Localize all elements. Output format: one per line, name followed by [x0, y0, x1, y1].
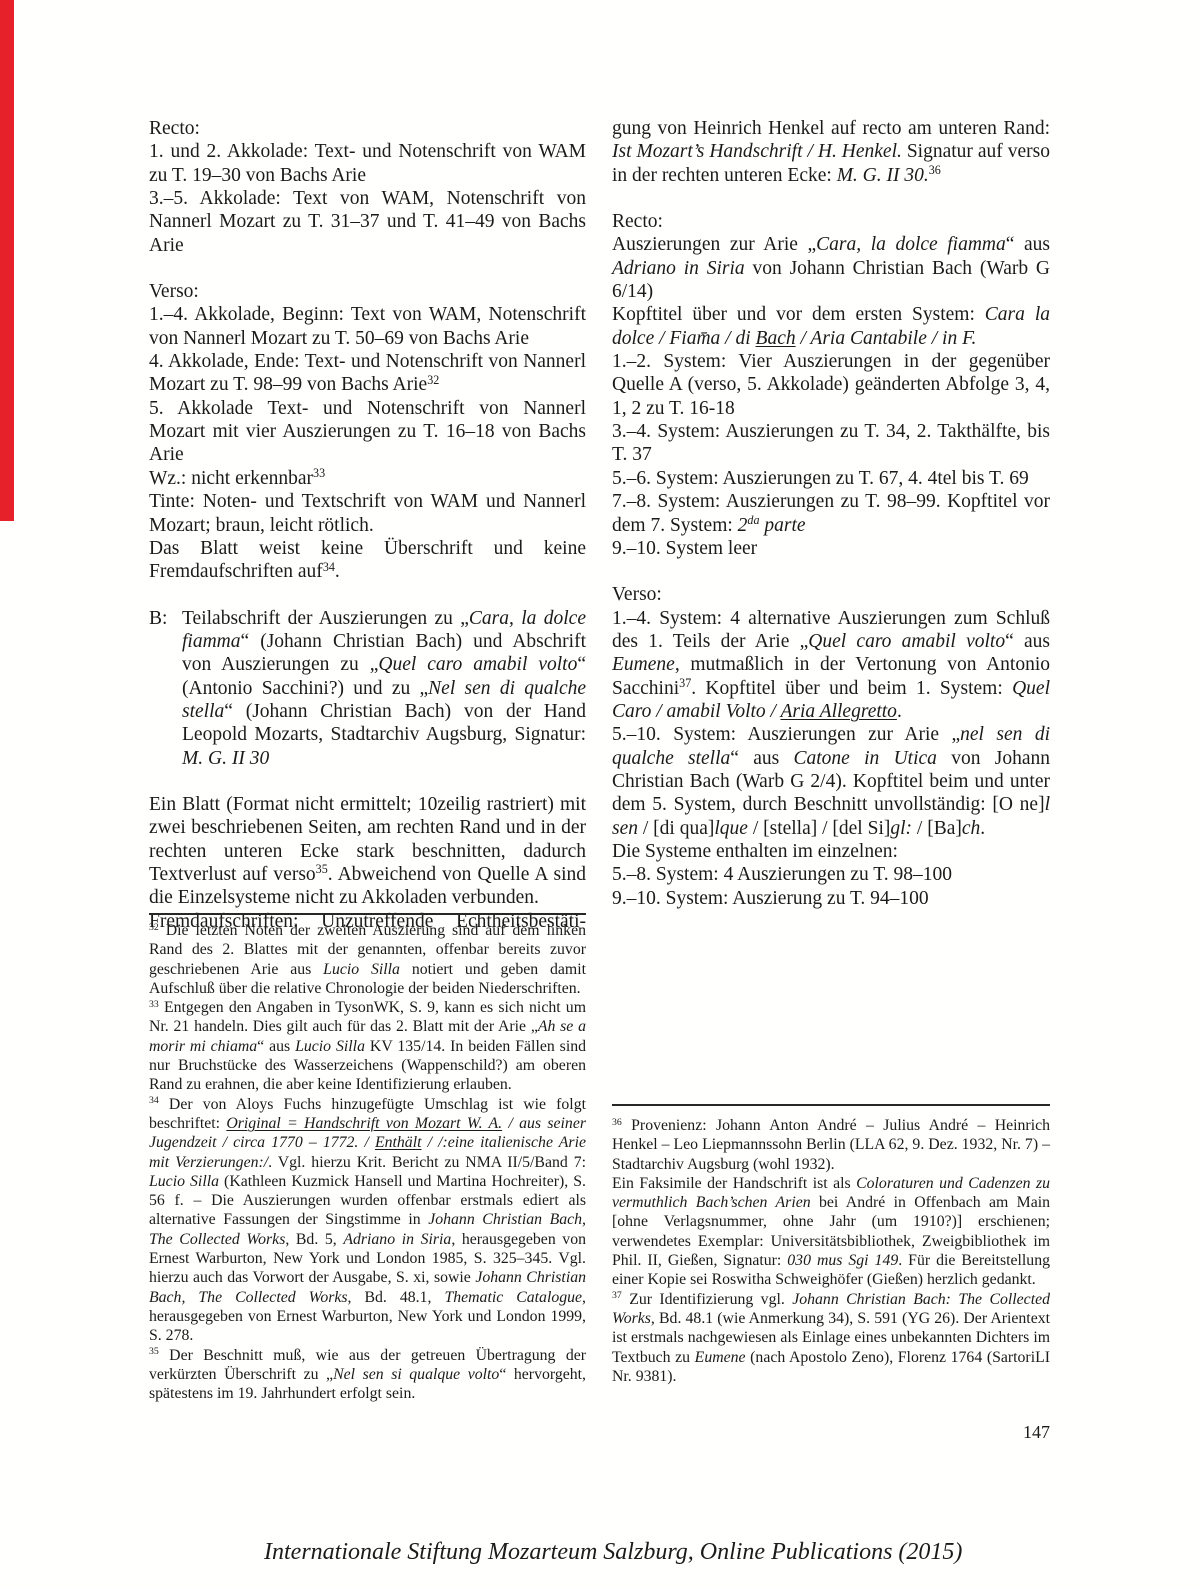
- text-run: “ aus: [730, 748, 793, 769]
- text-run: .: [335, 561, 340, 582]
- text-run: Teilabschrift der Auszierungen zu „: [182, 608, 469, 629]
- body-paragraph: 5.–6. System: Auszierungen zu T. 67, 4. …: [612, 467, 1050, 490]
- text-run: Cara, la dolce fiamma: [816, 234, 1006, 255]
- text-run: / [di qua]: [638, 818, 714, 839]
- text-run: Die Systeme enthalten im einzelnen:: [612, 841, 898, 862]
- text-run: Quel caro amabil volto: [378, 654, 577, 675]
- text-run: 5.–10. System: Auszierungen zur Arie „: [612, 724, 960, 745]
- body-paragraph: 3.–5. Akkolade: Text von WAM, Notenschri…: [149, 187, 586, 257]
- text-run: Auszierungen zur Arie „: [612, 234, 816, 255]
- text-run: gung von Heinrich Henkel auf recto am un…: [612, 118, 1050, 139]
- text-run: Verso:: [612, 584, 662, 605]
- body-paragraph: Das Blatt weist keine Überschrift und ke…: [149, 537, 586, 584]
- text-run: / [stella] / [del Si]: [748, 818, 890, 839]
- footnote-ref: 37: [679, 676, 691, 690]
- body-paragraph: 1.–4. Akkolade, Beginn: Text von WAM, No…: [149, 303, 586, 350]
- body-paragraph: Recto:: [612, 210, 1050, 233]
- text-run: 030 mus Sgi 149: [787, 1252, 898, 1269]
- body-paragraph: Kopftitel über und vor dem ersten System…: [612, 303, 1050, 350]
- text-run: lque: [714, 818, 748, 839]
- footnote-ref: 32: [427, 373, 439, 387]
- text-run: 1. und 2. Akkolade: Text- und Notenschri…: [149, 141, 586, 185]
- text-run: / [Ba]: [912, 818, 962, 839]
- text-run: . Vgl. hierzu Krit. Bericht zu NMA II/5/…: [268, 1154, 586, 1171]
- footnote: 35 Der Beschnitt muß, wie aus der getreu…: [149, 1346, 586, 1404]
- body-paragraph: Recto:: [149, 117, 586, 140]
- text-run: Quel caro amabil volto: [808, 631, 1005, 652]
- text-run: / Aria Cantabile / in F.: [796, 328, 977, 349]
- text-run: 5.–8. System: 4 Auszierungen zu T. 98–10…: [612, 864, 952, 885]
- text-run: Ein Faksimile der Handschrift ist als: [612, 1175, 856, 1192]
- body-paragraph: gung von Heinrich Henkel auf recto am un…: [612, 117, 1050, 187]
- page-number: 147: [950, 1422, 1050, 1443]
- text-run: .: [897, 701, 902, 722]
- text-run: ch: [962, 818, 980, 839]
- body-paragraph: 1.–4. System: 4 alternative Auszierungen…: [612, 607, 1050, 724]
- page: Recto:1. und 2. Akkolade: Text- und Note…: [0, 0, 1200, 1589]
- text-run: Tinte: Noten- und Textschrift von WAM un…: [149, 491, 586, 535]
- text-run: “ aus: [1006, 234, 1050, 255]
- footnote-ref: 36: [612, 1117, 622, 1128]
- footnote-ref: 33: [149, 999, 159, 1010]
- text-run: Catone in Utica: [794, 748, 937, 769]
- footnote: 37 Zur Identifizierung vgl. Johann Chris…: [612, 1290, 1050, 1386]
- text-run: gl:: [890, 818, 912, 839]
- text-run: Recto:: [612, 211, 663, 232]
- footnote-ref: 33: [313, 466, 325, 480]
- text-run: “ aus: [257, 1038, 295, 1055]
- body-paragraph: 5.–8. System: 4 Auszierungen zu T. 98–10…: [612, 863, 1050, 886]
- text-run: , Bd. 5,: [285, 1231, 343, 1248]
- footnote-ref: 32: [149, 922, 159, 933]
- footnote: 34 Der von Aloys Fuchs hinzugefügte Umsc…: [149, 1095, 586, 1346]
- text-run: Bach: [756, 328, 796, 349]
- footnote: 33 Entgegen den Angaben in TysonWK, S. 9…: [149, 998, 586, 1094]
- body-paragraph: 9.–10. System leer: [612, 537, 1050, 560]
- body-paragraph: 3.–4. System: Auszierungen zu T. 34, 2. …: [612, 420, 1050, 467]
- text-run: Ist Mozart’s Handschrift / H. Henkel.: [612, 141, 902, 162]
- text-run: Recto:: [149, 118, 200, 139]
- footnote: 32 Die letzten Noten der zweiten Auszier…: [149, 921, 586, 998]
- text-run: Lucio Silla: [323, 961, 400, 978]
- text-run: Aria Allegretto: [780, 701, 896, 722]
- body-paragraph: 7.–8. System: Auszierungen zu T. 98–99. …: [612, 490, 1050, 537]
- right-column: gung von Heinrich Henkel auf recto am un…: [612, 117, 1050, 910]
- body-paragraph: 9.–10. System: Auszierung zu T. 94–100: [612, 887, 1050, 910]
- footnote-ref: 35: [316, 862, 328, 876]
- text-run: . Kopftitel über und beim 1. System:: [691, 678, 1012, 699]
- text-run: 4. Akkolade, Ende: Text- und Notenschrif…: [149, 351, 586, 395]
- body-paragraph: Verso:: [149, 280, 586, 303]
- footnote-ref: 37: [612, 1290, 622, 1301]
- text-run: M. G. II 30.: [837, 165, 929, 186]
- body-paragraph: Wz.: nicht erkennbar33: [149, 467, 586, 490]
- text-run: Nel sen si qualque volto: [333, 1366, 499, 1383]
- left-column: Recto:1. und 2. Akkolade: Text- und Note…: [149, 117, 586, 933]
- text-run: Provenienz: Johann Anton André – Julius …: [612, 1117, 1050, 1173]
- body-paragraph: 5. Akkolade Text- und Notenschrift von N…: [149, 397, 586, 467]
- text-run: 1.–2. System: Vier Auszierungen in der g…: [612, 351, 1050, 419]
- body-paragraph: Die Systeme enthalten im einzelnen:: [612, 840, 1050, 863]
- body-paragraph: Verso:: [612, 583, 1050, 606]
- footnotes-left: 32 Die letzten Noten der zweiten Auszier…: [149, 921, 586, 1403]
- body-paragraph: Ein Blatt (Format nicht ermittelt; 10zei…: [149, 793, 586, 910]
- footnote: Ein Faksimile der Handschrift ist als Co…: [612, 1174, 1050, 1290]
- text-run: Lucio Silla: [295, 1038, 365, 1055]
- footnote-ref: 34: [149, 1095, 159, 1106]
- text-run: Adriano in Siria: [612, 258, 745, 279]
- body-paragraph: 1.–2. System: Vier Auszierungen in der g…: [612, 350, 1050, 420]
- text-run: Thematic Catalogue: [444, 1289, 582, 1306]
- text-run: 5.–6. System: Auszierungen zu T. 67, 4. …: [612, 468, 1029, 489]
- text-run: Lucio Silla: [149, 1173, 219, 1190]
- text-run: 1.–4. Akkolade, Beginn: Text von WAM, No…: [149, 304, 586, 348]
- footnote-ref: 35: [149, 1346, 159, 1357]
- footnotes-right: 36 Provenienz: Johann Anton André – Juli…: [612, 1116, 1050, 1386]
- text-run: 3.–5. Akkolade: Text von WAM, Notenschri…: [149, 188, 586, 256]
- text-run: 5. Akkolade Text- und Notenschrift von N…: [149, 398, 586, 466]
- text-run: parte: [760, 515, 806, 536]
- text-run: Entgegen den Angaben in TysonWK, S. 9, k…: [149, 999, 586, 1035]
- body-paragraph: 5.–10. System: Auszierungen zur Arie „ne…: [612, 723, 1050, 840]
- footer-credit: Internationale Stiftung Mozarteum Salzbu…: [264, 1539, 962, 1566]
- text-run: .: [980, 818, 985, 839]
- footnote-ref: 34: [323, 560, 335, 574]
- body-paragraph: B:Teilabschrift der Auszierungen zu „Car…: [149, 607, 586, 770]
- footnote: 36 Provenienz: Johann Anton André – Juli…: [612, 1116, 1050, 1174]
- footnote-ref: da: [747, 513, 759, 527]
- text-run: Adriano in Siria: [343, 1231, 451, 1248]
- text-run: 9.–10. System: Auszierung zu T. 94–100: [612, 888, 929, 909]
- body-paragraph: 4. Akkolade, Ende: Text- und Notenschrif…: [149, 350, 586, 397]
- text-run: M. G. II 30: [182, 748, 269, 769]
- body-paragraph: Tinte: Noten- und Textschrift von WAM un…: [149, 490, 586, 537]
- hang-label: B:: [149, 607, 182, 630]
- text-run: 9.–10. System leer: [612, 538, 757, 559]
- text-run: 2: [738, 515, 748, 536]
- text-run: Verso:: [149, 281, 199, 302]
- text-run: Enthält: [375, 1134, 422, 1151]
- text-run: Kopftitel über und vor dem ersten System…: [612, 304, 985, 325]
- text-run: Das Blatt weist keine Überschrift und ke…: [149, 538, 586, 582]
- body-paragraph: 1. und 2. Akkolade: Text- und Notenschri…: [149, 140, 586, 187]
- text-run: Eumene: [695, 1349, 746, 1366]
- footnote-rule-left: [149, 913, 586, 915]
- text-run: 7.–8. System: Auszierungen zu T. 98–99. …: [612, 491, 1050, 535]
- text-run: 3.–4. System: Auszierungen zu T. 34, 2. …: [612, 421, 1050, 465]
- text-run: , Bd. 48.1,: [348, 1289, 445, 1306]
- text-run: Wz.: nicht erkennbar: [149, 468, 313, 489]
- text-run: “ (Johann Christian Bach) von der Hand L…: [182, 701, 586, 745]
- footnote-rule-right: [612, 1104, 1050, 1106]
- red-edge-stripe: [0, 0, 14, 521]
- body-paragraph: Auszierungen zur Arie „Cara, la dolce fi…: [612, 233, 1050, 303]
- text-run: Eumene: [612, 654, 675, 675]
- text-run: Zur Identifizierung vgl.: [622, 1291, 792, 1308]
- footnote-ref: 36: [929, 163, 941, 177]
- text-run: Original = Handschrift von Mozart W. A.: [226, 1115, 502, 1132]
- text-run: “ aus: [1005, 631, 1050, 652]
